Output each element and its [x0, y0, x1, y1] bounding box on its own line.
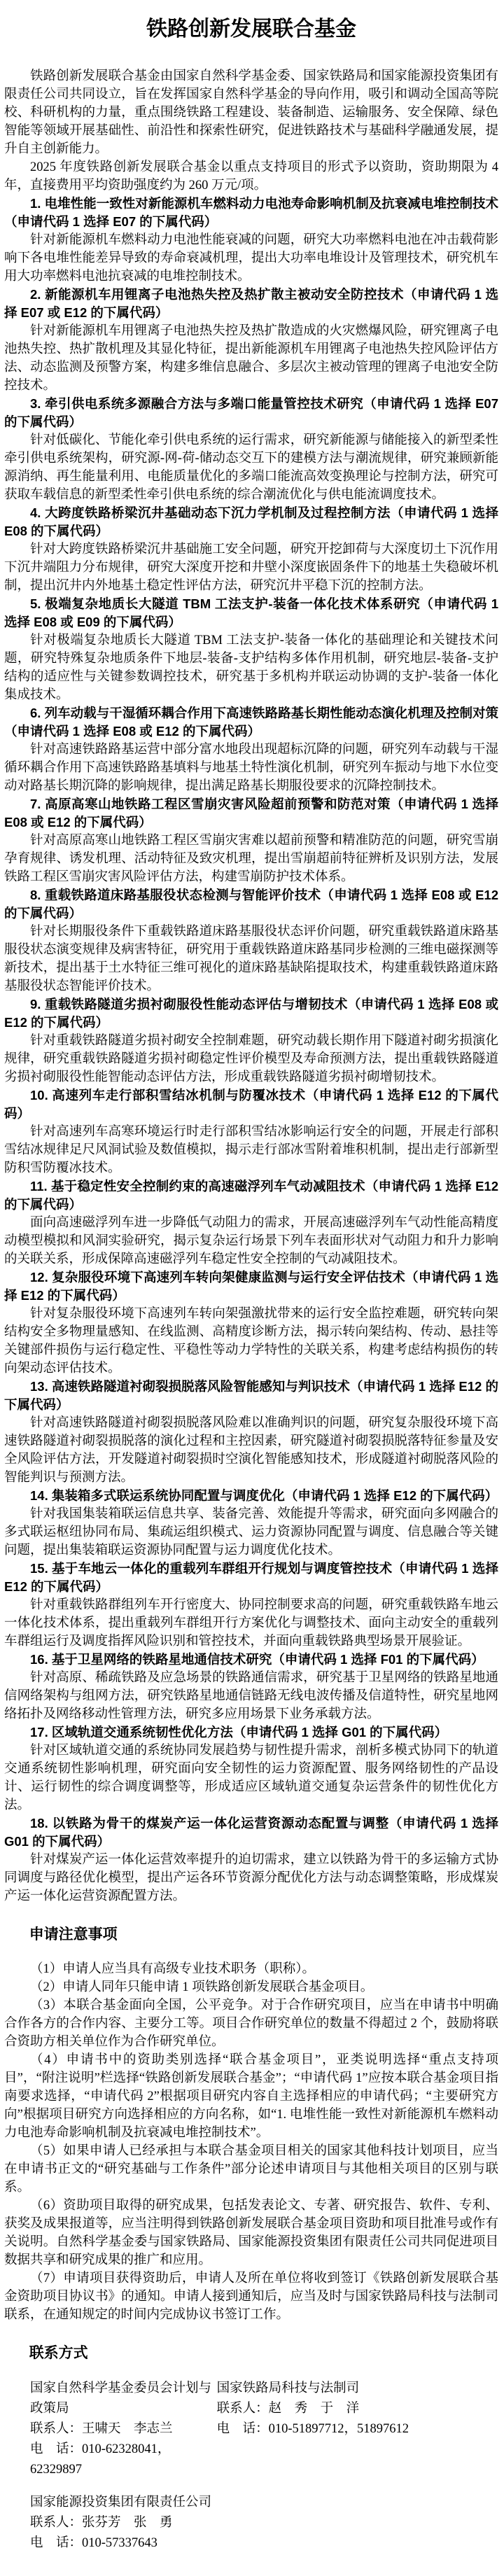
contact-org: 国家能源投资集团有限责任公司: [30, 2493, 217, 2513]
topic-item-13: 13. 高速铁路隧道衬砌裂损脱落风险智能感知与判识技术（申请代码 1 选择 E1…: [4, 1378, 498, 1487]
document-page: 铁路创新发展联合基金 铁路创新发展联合基金由国家自然科学基金委、国家铁路局和国家…: [0, 0, 504, 2576]
topic-heading: 15. 基于车地云一体化的重载列车群组开行规划与调度管控技术（申请代码 1 选择…: [4, 1560, 498, 1596]
topic-body: 针对区域轨道交通的系统协同发展趋势与韧性提升需求，剖析多模式协同下的轨道交通系统…: [4, 1742, 498, 1814]
contact-block-nsfc: 国家自然科学基金委员会计划与政策局 联系人：王啸天 李志兰 电 话：010-62…: [30, 2379, 217, 2480]
topic-item-4: 4. 大跨度铁路桥梁沉井基础动态下沉力学机制及过程控制方法（申请代码 1 选择 …: [4, 504, 498, 595]
topic-item-1: 1. 电堆性能一致性对新能源机车燃料动力电池寿命影响机制及抗衰减电堆控制技术（申…: [4, 195, 498, 286]
topic-item-9: 9. 重载铁路隧道劣损衬砌服役性能动态评估与增韧技术（申请代码 1 选择 E08…: [4, 995, 498, 1086]
topic-body: 针对我国集装箱联运信息共享、装备完善、效能提升等需求，研究面向多网融合的多式联运…: [4, 1505, 498, 1560]
topic-heading: 11. 基于稳定性安全控制约束的高速磁浮列车气动减阻技术（申请代码 1 选择 E…: [4, 1177, 498, 1214]
topic-item-7: 7. 高原高寒山地铁路工程区雪崩灾害风险超前预警和防范对策（申请代码 1 选择 …: [4, 795, 498, 886]
topic-item-17: 17. 区域轨道交通系统韧性优化方法（申请代码 1 选择 G01 的下属代码） …: [4, 1723, 498, 1814]
topic-heading: 3. 牵引供电系统多源融合方法与多端口能量管控技术研究（申请代码 1 选择 E0…: [4, 395, 498, 431]
topic-item-14: 14. 集装箱多式联运系统协同配置与调度优化（申请代码 1 选择 E12 的下属…: [4, 1487, 498, 1560]
topic-heading: 18. 以铁路为骨干的煤炭产运一体化运营资源动态配置与调整（申请代码 1 选择 …: [4, 1814, 498, 1851]
topic-body: 针对高原高寒山地铁路工程区雪崩灾害难以超前预警和精准防范的问题，研究雪崩孕育规律…: [4, 832, 498, 886]
topic-heading: 17. 区域轨道交通系统韧性优化方法（申请代码 1 选择 G01 的下属代码）: [4, 1723, 498, 1742]
intro-paragraph-1: 铁路创新发展联合基金由国家自然科学基金委、国家铁路局和国家能源投资集团有限责任公…: [4, 67, 498, 158]
topic-body: 针对新能源机车用锂离子电池热失控及热扩散造成的火灾燃爆风险，研究锂离子电池热失控…: [4, 322, 498, 395]
topic-item-6: 6. 列车动载与干湿循环耦合作用下高速铁路路基长期性能动态演化机理及控制对策（申…: [4, 704, 498, 795]
contact-person: 联系人：赵 秀 于 洋: [217, 2399, 498, 2419]
note-item-4: （4）申请书中的资助类别选择“联合基金项目”，亚类说明选择“重点支持项目”，“附…: [4, 2051, 498, 2142]
topic-body: 针对高速铁路路基运营中部分富水地段出现超标沉降的问题，研究列车动载与干湿循环耦合…: [4, 741, 498, 795]
topic-heading: 10. 高速列车走行部积雪结冰机制与防覆冰技术（申请代码 1 选择 E12 的下…: [4, 1086, 498, 1123]
note-item-6: （6）资助项目取得的研究成果，包括发表论文、专著、研究报告、软件、专利、获奖及成…: [4, 2197, 498, 2269]
topic-heading: 4. 大跨度铁路桥梁沉井基础动态下沉力学机制及过程控制方法（申请代码 1 选择 …: [4, 504, 498, 540]
topic-item-12: 12. 复杂服役环境下高速列车转向架健康监测与运行安全评估技术（申请代码 1 选…: [4, 1268, 498, 1378]
topic-body: 针对重载铁路群组列车开行密度大、协同控制要求高的问题，研究重载铁路车地云一体化技…: [4, 1596, 498, 1651]
topic-item-2: 2. 新能源机车用锂离子电池热失控及热扩散主被动安全防控技术（申请代码 1 选择…: [4, 286, 498, 395]
contact-block-energy-group: 国家能源投资集团有限责任公司 联系人：张芬芳 张 勇 电 话：010-57337…: [30, 2493, 217, 2554]
topic-item-18: 18. 以铁路为骨干的煤炭产运一体化运营资源动态配置与调整（申请代码 1 选择 …: [4, 1814, 498, 1905]
contacts-section-title: 联系方式: [4, 2344, 498, 2363]
note-item-2: （2）申请人同年只能申请 1 项铁路创新发展联合基金项目。: [4, 1978, 498, 1996]
contact-phone: 电 话：010-51897712，51897612: [217, 2419, 498, 2439]
topic-heading: 1. 电堆性能一致性对新能源机车燃料动力电池寿命影响机制及抗衰减电堆控制技术（申…: [4, 195, 498, 231]
contacts-right-column: 国家铁路局科技与法制司 联系人：赵 秀 于 洋 电 话：010-51897712…: [217, 2379, 498, 2566]
contacts-left-column: 国家自然科学基金委员会计划与政策局 联系人：王啸天 李志兰 电 话：010-62…: [4, 2379, 217, 2566]
topic-heading: 9. 重载铁路隧道劣损衬砌服役性能动态评估与增韧技术（申请代码 1 选择 E08…: [4, 995, 498, 1032]
topic-body: 针对大跨度铁路桥梁沉井基础施工安全问题，研究开挖卸荷与大深度切土下沉作用下沉井端…: [4, 540, 498, 595]
topic-body: 针对长期服役条件下重载铁路道床路基服役状态评价问题，研究重载铁路道床路基服役状态…: [4, 923, 498, 995]
topic-item-8: 8. 重载铁路道床路基服役状态检测与智能评价技术（申请代码 1 选择 E08 或…: [4, 886, 498, 995]
topic-heading: 13. 高速铁路隧道衬砌裂损脱落风险智能感知与判识技术（申请代码 1 选择 E1…: [4, 1378, 498, 1414]
topic-heading: 12. 复杂服役环境下高速列车转向架健康监测与运行安全评估技术（申请代码 1 选…: [4, 1268, 498, 1305]
topic-body: 针对高速列车高寒环境运行时走行部积雪结冰影响运行安全的问题，开展走行部积雪结冰规…: [4, 1123, 498, 1177]
topic-body: 针对新能源机车燃料动力电池性能衰减的问题，研究大功率燃料电池在冲击载荷影响下各电…: [4, 231, 498, 286]
contact-person: 联系人：张芬芳 张 勇: [30, 2513, 217, 2533]
topic-body: 针对高速铁路隧道衬砌裂损脱落风险难以准确判识的问题，研究复杂服役环境下高速铁路隧…: [4, 1414, 498, 1487]
note-item-3: （3）本联合基金面向全国，公平竞争。对于合作研究项目，应当在申请书中明确合作各方…: [4, 1996, 498, 2051]
contact-phone: 电 话：010-62328041，62329897: [30, 2439, 217, 2480]
note-item-5: （5）如果申请人已经承担与本联合基金项目相关的国家其他科技计划项目，应当在申请书…: [4, 2142, 498, 2197]
topic-body: 针对极端复杂地质长大隧道 TBM 工法支护-装备一体化的基础理论和关键技术问题，…: [4, 631, 498, 704]
topic-heading: 16. 基于卫星网络的铁路星地通信技术研究（申请代码 1 选择 F01 的下属代…: [4, 1651, 498, 1669]
topic-heading: 6. 列车动载与干湿循环耦合作用下高速铁路路基长期性能动态演化机理及控制对策（申…: [4, 704, 498, 741]
topic-body: 针对高原、稀疏铁路及应急场景的铁路通信需求，研究基于卫星网络的铁路星地通信网络架…: [4, 1669, 498, 1723]
contact-org: 国家自然科学基金委员会计划与政策局: [30, 2379, 217, 2419]
note-item-1: （1）申请人应当具有高级专业技术职务（职称）。: [4, 1960, 498, 1978]
topic-heading: 7. 高原高寒山地铁路工程区雪崩灾害风险超前预警和防范对策（申请代码 1 选择 …: [4, 795, 498, 832]
topic-body: 针对低碳化、节能化牵引供电系统的运行需求，研究新能源与储能接入的新型柔性牵引供电…: [4, 431, 498, 504]
topic-heading: 14. 集装箱多式联运系统协同配置与调度优化（申请代码 1 选择 E12 的下属…: [4, 1487, 498, 1505]
topic-item-10: 10. 高速列车走行部积雪结冰机制与防覆冰技术（申请代码 1 选择 E12 的下…: [4, 1086, 498, 1177]
topic-item-3: 3. 牵引供电系统多源融合方法与多端口能量管控技术研究（申请代码 1 选择 E0…: [4, 395, 498, 504]
contact-phone: 电 话：010-57337643: [30, 2533, 217, 2554]
contact-block-railway-bureau: 国家铁路局科技与法制司 联系人：赵 秀 于 洋 电 话：010-51897712…: [217, 2379, 498, 2439]
topic-heading: 5. 极端复杂地质长大隧道 TBM 工法支护-装备一体化技术体系研究（申请代码 …: [4, 595, 498, 631]
topic-item-11: 11. 基于稳定性安全控制约束的高速磁浮列车气动减阻技术（申请代码 1 选择 E…: [4, 1177, 498, 1268]
topic-item-15: 15. 基于车地云一体化的重载列车群组开行规划与调度管控技术（申请代码 1 选择…: [4, 1560, 498, 1651]
notes-section-title: 申请注意事项: [4, 1925, 498, 1945]
document-title: 铁路创新发展联合基金: [4, 14, 498, 45]
contact-org: 国家铁路局科技与法制司: [217, 2379, 498, 2399]
topic-item-5: 5. 极端复杂地质长大隧道 TBM 工法支护-装备一体化技术体系研究（申请代码 …: [4, 595, 498, 704]
topic-body: 针对重载铁路隧道劣损衬砌安全控制难题，研究动载长期作用下隧道衬砌劣损演化规律，研…: [4, 1032, 498, 1086]
topic-heading: 8. 重载铁路道床路基服役状态检测与智能评价技术（申请代码 1 选择 E08 或…: [4, 886, 498, 923]
contacts-grid: 国家自然科学基金委员会计划与政策局 联系人：王啸天 李志兰 电 话：010-62…: [4, 2379, 498, 2566]
topic-body: 面向高速磁浮列车进一步降低气动阻力的需求，开展高速磁浮列车气动性能高精度动模型模…: [4, 1214, 498, 1268]
topic-item-16: 16. 基于卫星网络的铁路星地通信技术研究（申请代码 1 选择 F01 的下属代…: [4, 1651, 498, 1723]
topic-heading: 2. 新能源机车用锂离子电池热失控及热扩散主被动安全防控技术（申请代码 1 选择…: [4, 286, 498, 322]
topic-body: 针对复杂服役环境下高速列车转向架强激扰带来的运行安全监控难题，研究转向架结构安全…: [4, 1305, 498, 1378]
topic-body: 针对煤炭产运一体化运营效率提升的迫切需求，建立以铁路为骨干的多运输方式协同调度与…: [4, 1851, 498, 1905]
note-item-7: （7）申请项目获得资助后，申请人及所在单位将收到签订《铁路创新发展联合基金资助项…: [4, 2269, 498, 2324]
intro-paragraph-2: 2025 年度铁路创新发展联合基金以重点支持项目的形式予以资助，资助期限为 4 …: [4, 158, 498, 195]
contact-person: 联系人：王啸天 李志兰: [30, 2419, 217, 2439]
